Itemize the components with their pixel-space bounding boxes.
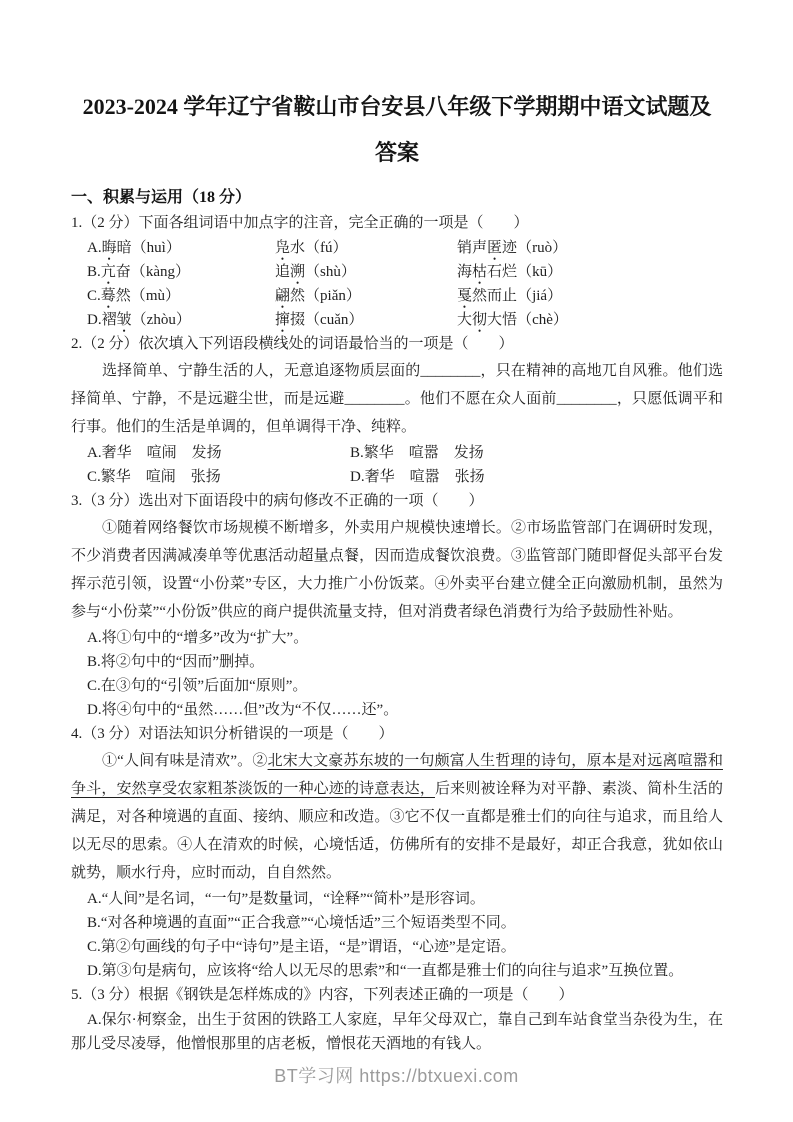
q1-option-c-word3: 戛然而止（jiá）	[457, 284, 723, 308]
question-1-options: A.晦暗（huì） 凫水（fú） 销声匿迹（ruò） B.亢奋（kàng） 追溯…	[87, 236, 723, 332]
q1-option-b-word3: 海枯石烂（kū）	[457, 260, 723, 284]
q1-option-b-word1: B.亢奋（kàng）	[87, 260, 275, 284]
q1-option-d-word1: D.褶皱（zhòu）	[87, 308, 275, 332]
question-2-stem: 2.（2 分）依次填入下列语段横线处的词语最恰当的一项是（ ）	[71, 332, 723, 357]
q1-option-d-word3: 大彻大悟（chè）	[457, 308, 723, 332]
q2-option-a: A.奢华 喧闹 发扬	[87, 441, 350, 465]
q4-option-a: A.“人间”是名词，“一句”是数量词，“诠释”“简朴”是形容词。	[71, 887, 723, 911]
question-2-passage: 选择简单、宁静生活的人，无意追逐物质层面的________，只在精神的高地兀自风…	[71, 357, 723, 441]
q1-option-a-word1: A.晦暗（huì）	[87, 236, 275, 260]
q3-option-d: D.将④句中的“虽然……但”改为“不仅……还”。	[71, 698, 723, 722]
q4-option-b: B.“对各种境遇的直面”“正合我意”“心境恬适”三个短语类型不同。	[71, 911, 723, 935]
page-title: 2023-2024 学年辽宁省鞍山市台安县八年级下学期期中语文试题及答案	[75, 84, 720, 176]
question-3-stem: 3.（3 分）选出对下面语段中的病句修改不正确的一项（ ）	[71, 489, 723, 514]
question-2-options: A.奢华 喧闹 发扬 B.繁华 喧嚣 发扬 C.繁华 喧闹 张扬 D.奢华 喧嚣…	[87, 441, 723, 489]
section-heading: 一、积累与运用（18 分）	[71, 184, 723, 211]
q3-option-c: C.在③句的“引领”后面加“原则”。	[71, 674, 723, 698]
exam-document-page: 2023-2024 学年辽宁省鞍山市台安县八年级下学期期中语文试题及答案 一、积…	[0, 0, 793, 1122]
q5-option-a: A.保尔·柯察金，出生于贫困的铁路工人家庭，早年父母双亡，靠自己到车站食堂当杂役…	[71, 1008, 723, 1056]
document-content: 2023-2024 学年辽宁省鞍山市台安县八年级下学期期中语文试题及答案 一、积…	[71, 84, 723, 1056]
q1-option-c-word1: C.蓦然（mù）	[87, 284, 275, 308]
footer-text: BT学习网 https://btxuexi.com	[274, 1066, 519, 1086]
q4-option-d: D.第③句是病句，应该将“给人以无尽的思索”和“一直都是雅士们的向往与追求”互换…	[71, 959, 723, 983]
q2-option-c: C.繁华 喧闹 张扬	[87, 465, 350, 489]
q3-option-b: B.将②句中的“因而”删掉。	[71, 650, 723, 674]
question-4-passage: ①“人间有味是清欢”。②北宋大文豪苏东坡的一句颇富人生哲理的诗句，原本是对远离喧…	[71, 747, 723, 887]
question-4-stem: 4.（3 分）对语法知识分析错误的一项是（ ）	[71, 722, 723, 747]
q1-option-d-word2: 撺掇（cuǎn）	[275, 308, 457, 332]
question-3-passage: ①随着网络餐饮市场规模不断增多，外卖用户规模快速增长。②市场监管部门在调研时发现…	[71, 514, 723, 626]
q1-option-b-word2: 追溯（shù）	[275, 260, 457, 284]
question-5-stem: 5.（3 分）根据《钢铁是怎样炼成的》内容，下列表述正确的一项是（ ）	[71, 983, 723, 1008]
q1-option-a-word2: 凫水（fú）	[275, 236, 457, 260]
q2-option-d: D.奢华 喧嚣 张扬	[350, 465, 723, 489]
q1-option-c-word2: 翩然（piǎn）	[275, 284, 457, 308]
q3-option-a: A.将①句中的“增多”改为“扩大”。	[71, 626, 723, 650]
q1-option-a-word3: 销声匿迹（ruò）	[457, 236, 723, 260]
q2-option-b: B.繁华 喧嚣 发扬	[350, 441, 723, 465]
footer-watermark: BT学习网 https://btxuexi.com	[0, 1062, 793, 1088]
question-1-stem: 1.（2 分）下面各组词语中加点字的注音，完全正确的一项是（ ）	[71, 211, 723, 236]
q4-option-c: C.第②句画线的句子中“诗句”是主语，“是”谓语，“心迹”是定语。	[71, 935, 723, 959]
